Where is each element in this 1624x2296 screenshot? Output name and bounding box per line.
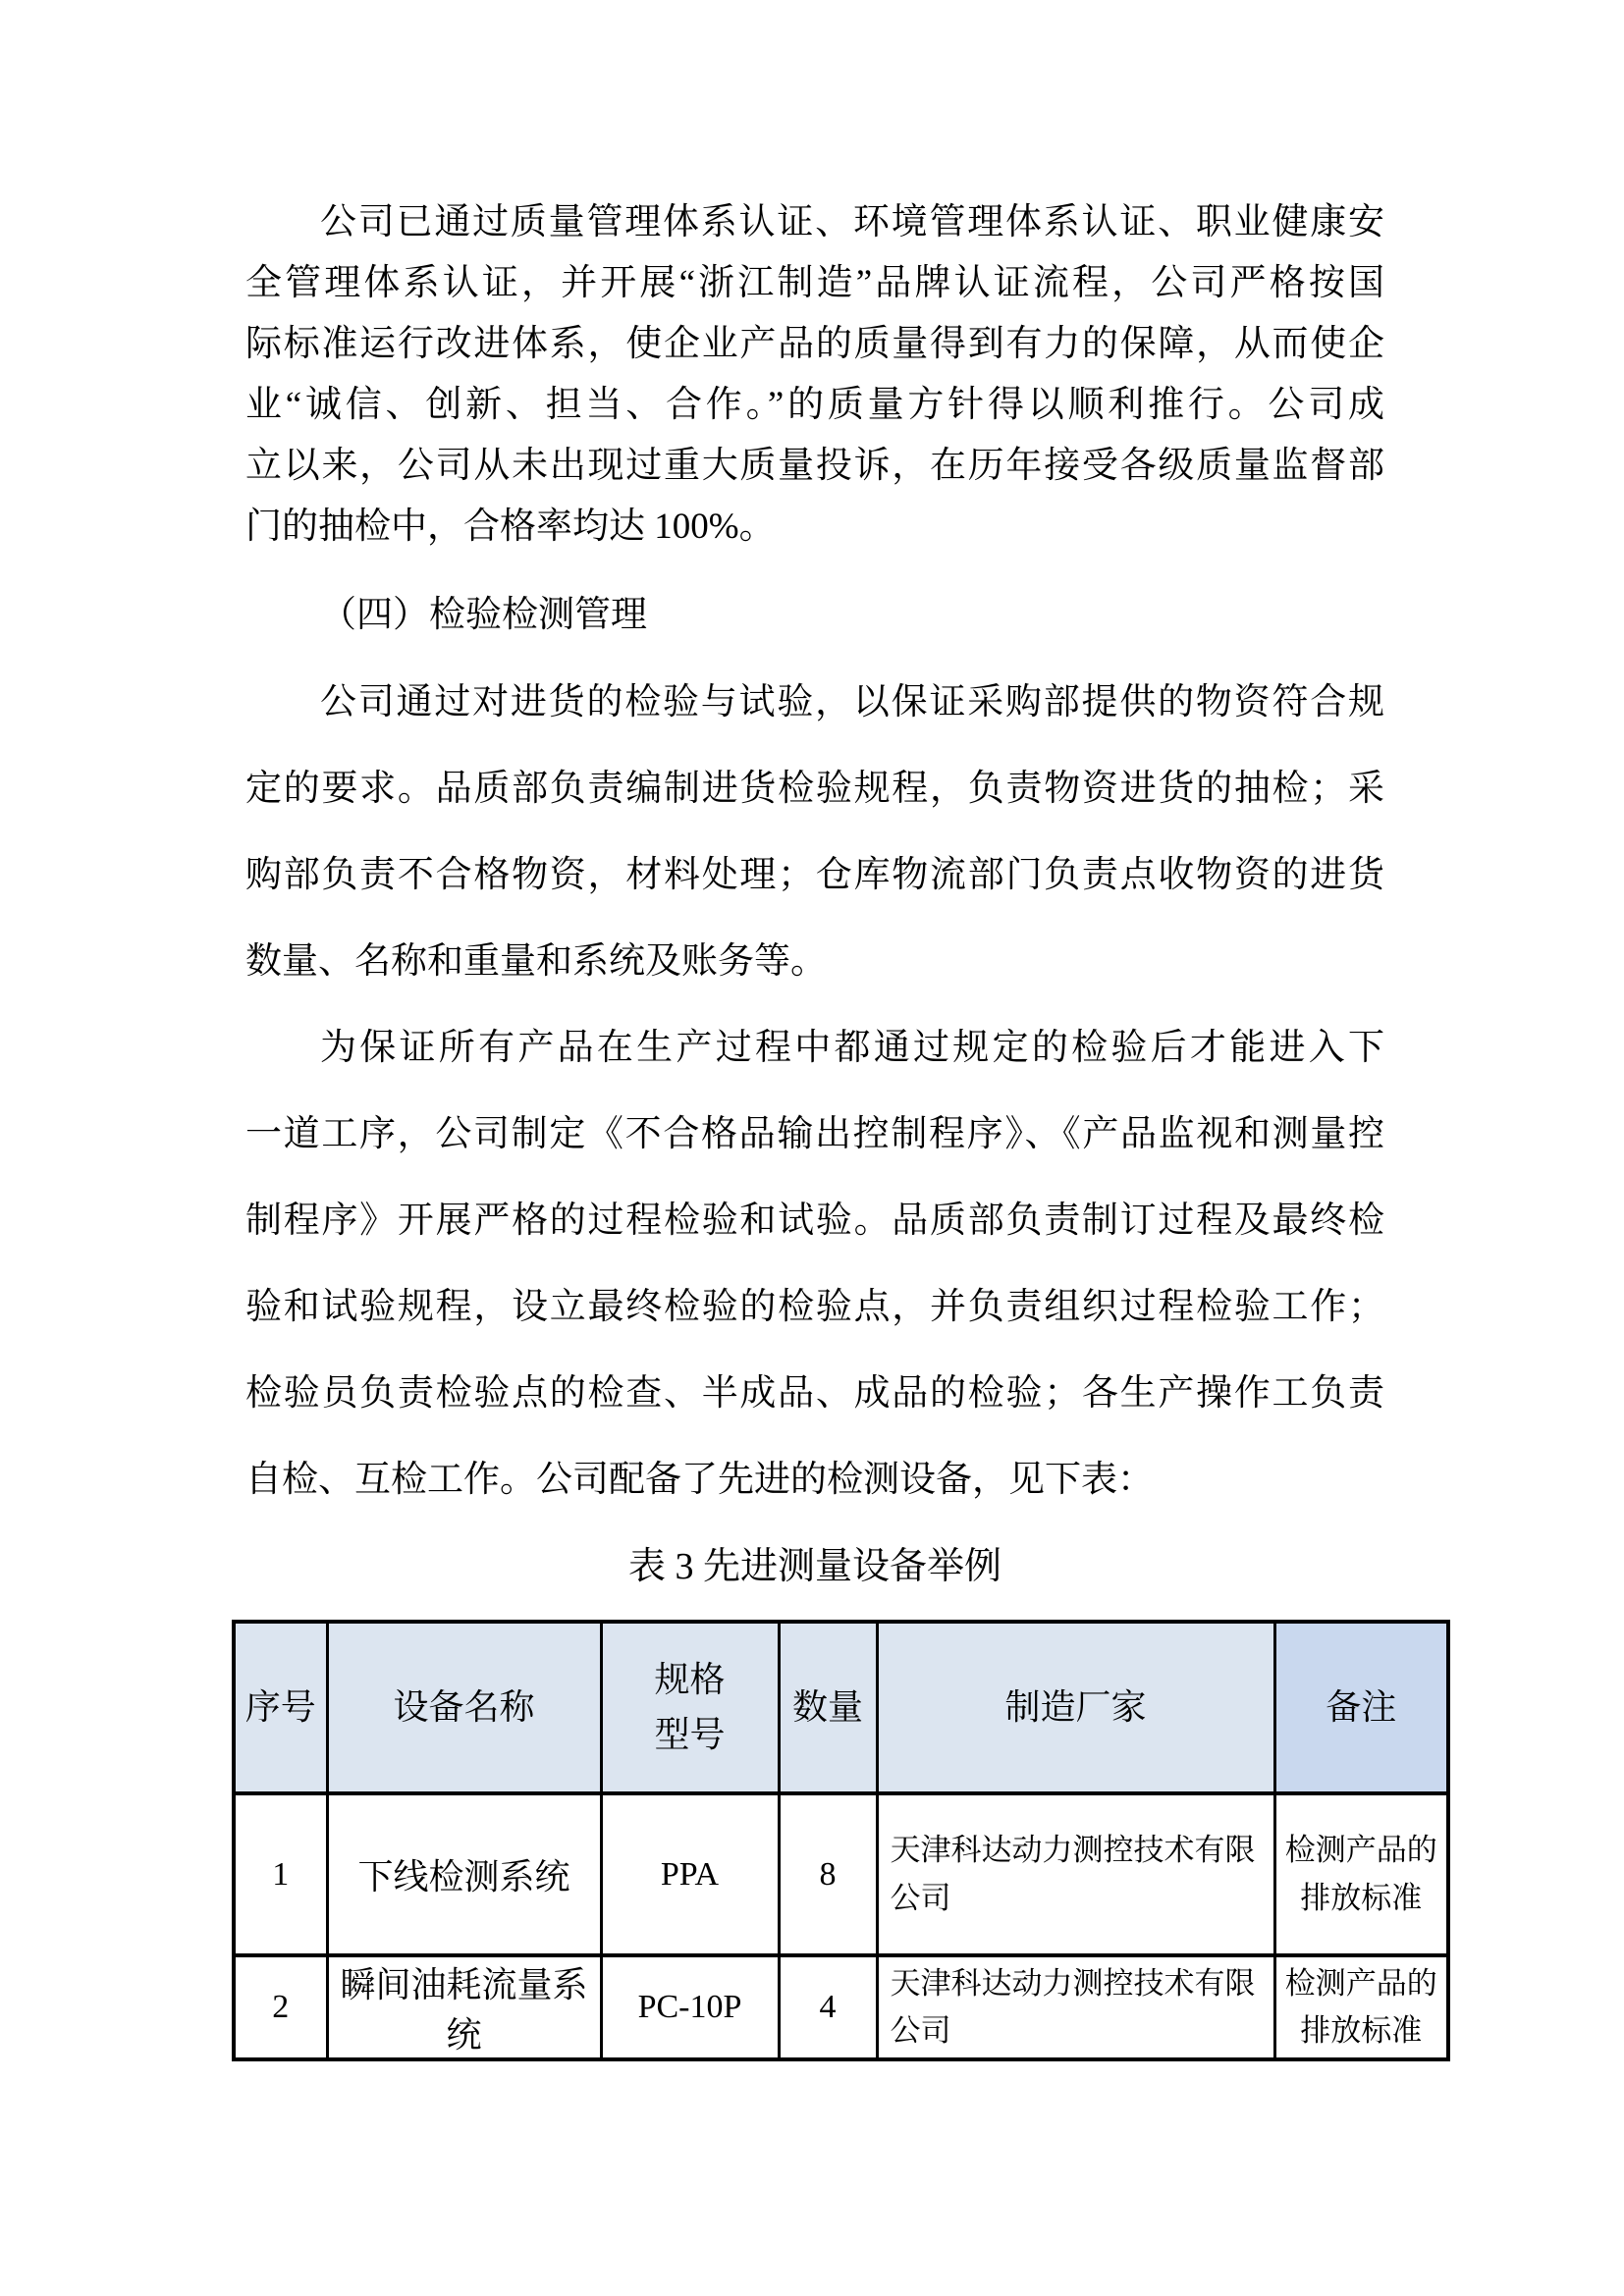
paragraph-process-inspection: 为保证所有产品在生产过程中都通过规定的检验后才能进入下一道工序，公司制定《不合格… [245, 1005, 1384, 1523]
cell-manufacturer: 天津科达动力测控技术有限 公司 [877, 1793, 1274, 1955]
cell-model: PPA [601, 1793, 779, 1955]
text-line: 定的要求。品质部负责编制进货检验规程，负责物资进货的抽检；采 [245, 746, 1384, 832]
header-cell: 序号 [234, 1622, 327, 1793]
header-cell: 制造厂家 [877, 1622, 1274, 1793]
cell-model: PC-10P [601, 1955, 779, 2059]
text-line: 门的抽检中，合格率均达 100%。 [245, 497, 1384, 558]
text-line: 制程序》开展严格的过程检验和试验。品质部负责制订过程及最终检 [245, 1178, 1384, 1264]
paragraph-quality-certification: 公司已通过质量管理体系认证、环境管理体系认证、职业健康安全管理体系认证，并开展“… [245, 192, 1384, 558]
text-line: 全管理体系认证，并开展“浙江制造”品牌认证流程，公司严格按国 [245, 253, 1384, 314]
header-cell: 规格 型号 [601, 1622, 779, 1793]
equipment-table: 序号设备名称规格 型号数量制造厂家备注 1下线检测系统PPA8天津科达动力测控技… [232, 1620, 1450, 2061]
cell-qty: 8 [779, 1793, 877, 1955]
text-line: 为保证所有产品在生产过程中都通过规定的检验后才能进入下 [245, 1005, 1384, 1092]
header-row: 序号设备名称规格 型号数量制造厂家备注 [234, 1622, 1448, 1793]
text-line: 数量、名称和重量和系统及账务等。 [245, 919, 1384, 1005]
table-row: 1下线检测系统PPA8天津科达动力测控技术有限 公司检测产品的 排放标准 [234, 1793, 1448, 1955]
text-line: 验和试验规程，设立最终检验的检验点，并负责组织过程检验工作； [245, 1264, 1384, 1351]
text-line: 立以来，公司从未出现过重大质量投诉，在历年接受各级质量监督部 [245, 436, 1384, 497]
header-cell: 设备名称 [327, 1622, 601, 1793]
text-line: 公司已通过质量管理体系认证、环境管理体系认证、职业健康安 [245, 192, 1384, 253]
cell-remark: 检测产品的 排放标准 [1274, 1955, 1448, 2059]
paragraph-incoming-inspection: 公司通过对进货的检验与试验，以保证采购部提供的物资符合规定的要求。品质部负责编制… [245, 660, 1384, 1005]
text-line: 际标准运行改进体系，使企业产品的质量得到有力的保障，从而使企 [245, 314, 1384, 375]
cell-device-name: 下线检测系统 [327, 1793, 601, 1955]
text-line: 一道工序，公司制定《不合格品输出控制程序》、《产品监视和测量控 [245, 1092, 1384, 1178]
cell-no: 1 [234, 1793, 327, 1955]
text-line: 公司通过对进货的检验与试验，以保证采购部提供的物资符合规 [245, 660, 1384, 746]
header-cell: 数量 [779, 1622, 877, 1793]
text-line: 购部负责不合格物资，材料处理；仓库物流部门负责点收物资的进货 [245, 832, 1384, 919]
section-heading: （四）检验检测管理 [245, 585, 1384, 646]
document-body: 公司已通过质量管理体系认证、环境管理体系认证、职业健康安全管理体系认证，并开展“… [245, 192, 1384, 2061]
equipment-table-body: 1下线检测系统PPA8天津科达动力测控技术有限 公司检测产品的 排放标准2瞬间油… [234, 1793, 1448, 2059]
table-row: 2瞬间油耗流量系统PC-10P4天津科达动力测控技术有限 公司检测产品的 排放标… [234, 1955, 1448, 2059]
text-line: 自检、互检工作。公司配备了先进的检测设备，见下表： [245, 1437, 1384, 1523]
table-caption: 表 3 先进测量设备举例 [245, 1539, 1384, 1594]
cell-manufacturer: 天津科达动力测控技术有限 公司 [877, 1955, 1274, 2059]
text-line: 检验员负责检验点的检查、半成品、成品的检验；各生产操作工负责 [245, 1351, 1384, 1437]
document-page: 公司已通过质量管理体系认证、环境管理体系认证、职业健康安全管理体系认证，并开展“… [0, 0, 1624, 2296]
cell-no: 2 [234, 1955, 327, 2059]
cell-device-name: 瞬间油耗流量系统 [327, 1955, 601, 2059]
equipment-table-head: 序号设备名称规格 型号数量制造厂家备注 [234, 1622, 1448, 1793]
text-line: 业“诚信、创新、担当、合作。”的质量方针得以顺利推行。公司成 [245, 375, 1384, 436]
cell-qty: 4 [779, 1955, 877, 2059]
cell-remark: 检测产品的 排放标准 [1274, 1793, 1448, 1955]
header-cell: 备注 [1274, 1622, 1448, 1793]
